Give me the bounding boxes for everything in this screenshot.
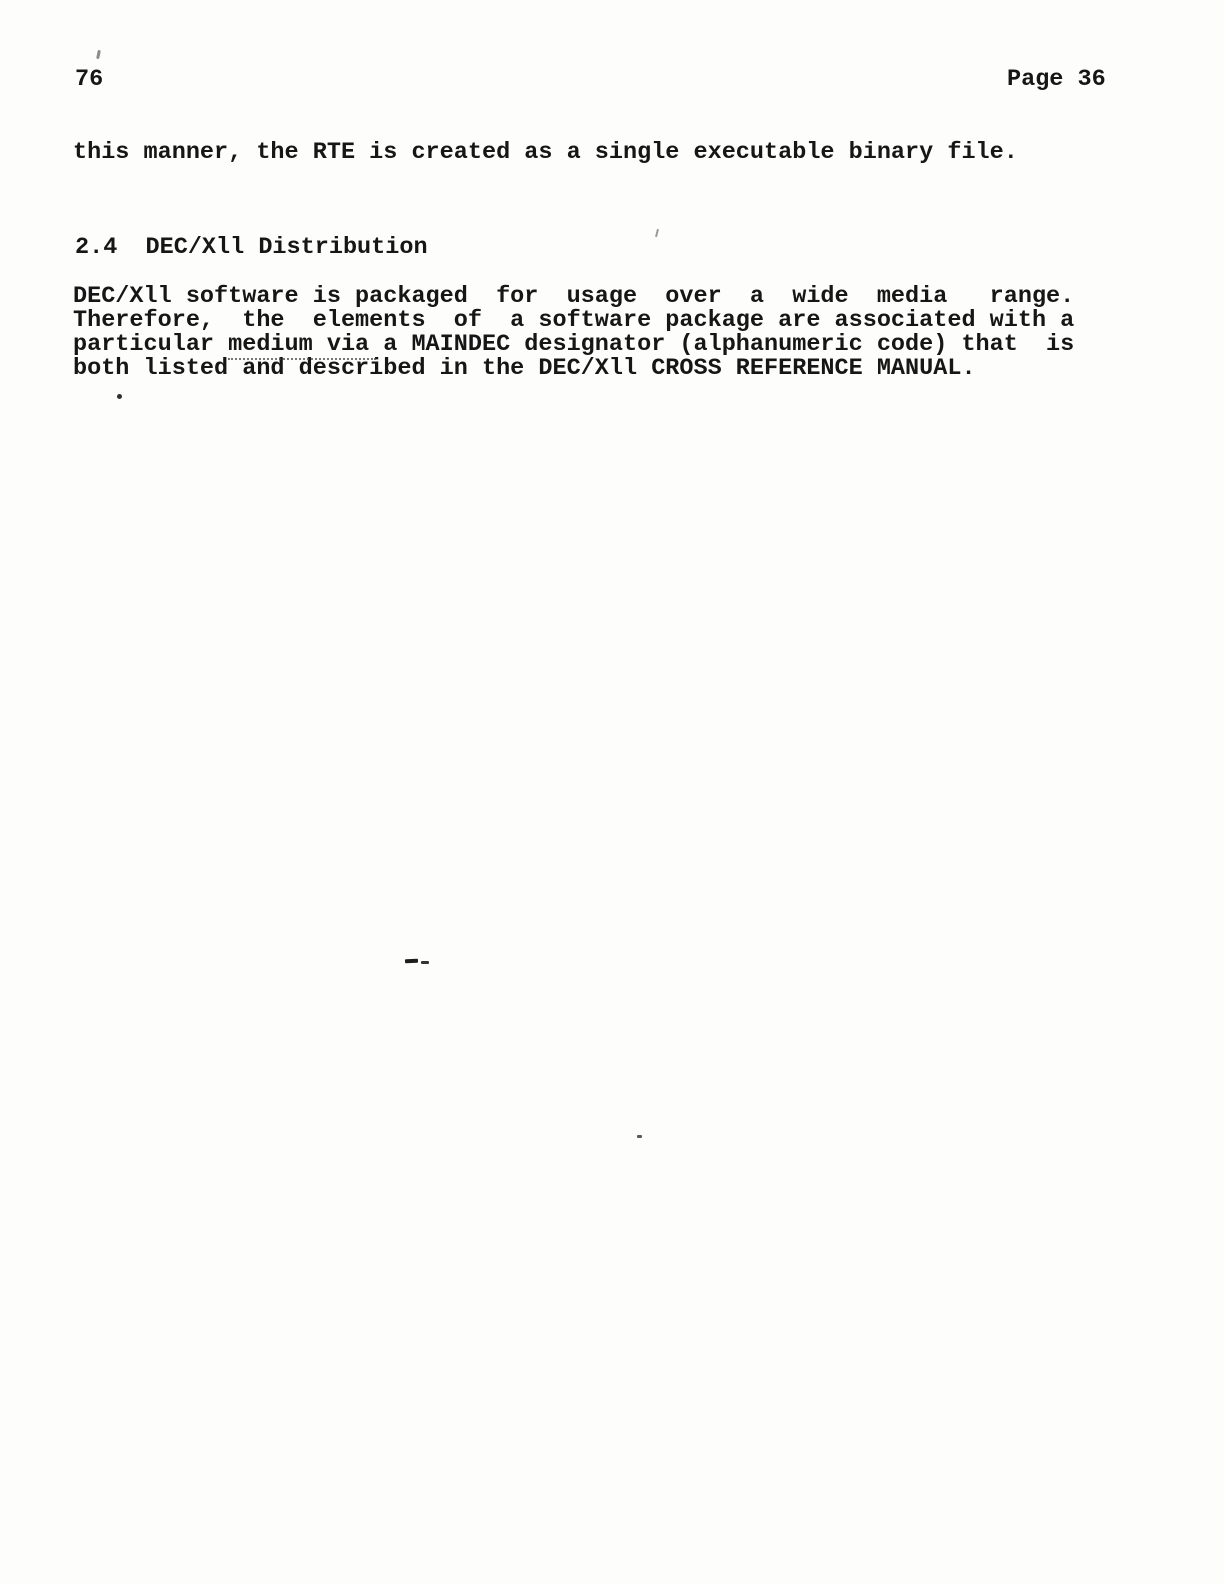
paragraph-line-4: both listed and described in the DEC/Xll… <box>73 357 1074 381</box>
dotted-underline-artifact <box>228 358 376 360</box>
paragraph-line-1: DEC/Xll software is packaged for usage o… <box>73 285 1074 309</box>
scanned-document-page: 76 Page 36 this manner, the RTE is creat… <box>0 0 1224 1584</box>
paragraph-line-3: particular medium via a MAINDEC designat… <box>73 333 1074 357</box>
intro-sentence: this manner, the RTE is created as a sin… <box>73 141 1018 165</box>
scan-speck <box>655 229 659 237</box>
scan-speck <box>117 394 122 399</box>
scan-speck <box>637 1135 642 1138</box>
paragraph-line-2: Therefore, the elements of a software pa… <box>73 309 1074 333</box>
section-heading: 2.4 DEC/Xll Distribution <box>75 236 428 260</box>
page-number-left: 76 <box>75 68 103 92</box>
page-number-right: Page 36 <box>1007 68 1106 92</box>
scan-speck <box>96 50 101 59</box>
section-paragraph: DEC/Xll software is packaged for usage o… <box>73 285 1074 381</box>
stray-dash-mark <box>421 961 429 964</box>
stray-dash-mark <box>405 959 418 963</box>
